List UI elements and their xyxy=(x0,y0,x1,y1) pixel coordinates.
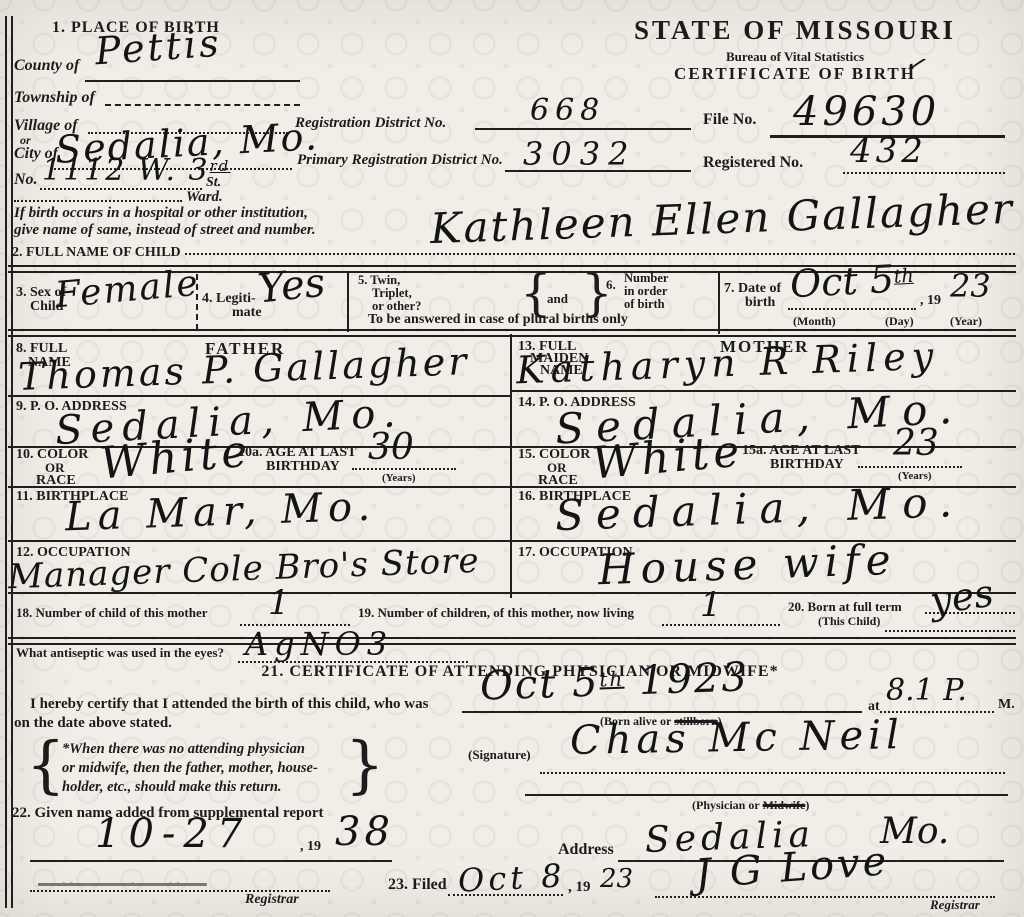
year-caption: (Year) xyxy=(950,314,982,329)
certify-date-ordinal-suffix: th xyxy=(599,667,625,692)
antiseptic-label: What antiseptic was used in the eyes? xyxy=(16,646,224,660)
hospital-note-line2: give name of same, instead of street and… xyxy=(14,223,316,239)
child-name-value: Kathleen Ellen Gallagher xyxy=(429,188,1014,250)
physician-midwife-blank-line xyxy=(525,794,1008,796)
supplemental-date-value: 10-27 xyxy=(95,814,250,854)
mother-birthplace-value: Sedalia, Mo. xyxy=(554,481,964,537)
q18-label: 18. Number of child of this mother xyxy=(16,606,208,620)
filed-19-prefix: , 19 xyxy=(568,880,591,896)
street-no-label: No. xyxy=(14,172,38,189)
file-no-value: 49630 xyxy=(793,92,940,132)
mother-color-value: White xyxy=(590,429,745,486)
q19-blank-line xyxy=(662,624,780,626)
primary-district-label: Primary Registration District No. xyxy=(297,153,503,169)
hospital-note-line1: If birth occurs in a hospital or other i… xyxy=(14,206,308,222)
primary-district-blank-line xyxy=(505,170,691,172)
certify-birth-date-value: Oct 5th 1923 xyxy=(479,657,749,706)
father-age-blank-line xyxy=(352,468,456,470)
filed-blank-line xyxy=(448,894,563,896)
street-ordinal-suffix: rd xyxy=(210,157,231,175)
primary-district-value: 3032 xyxy=(523,138,636,170)
m-label: M. xyxy=(998,698,1015,713)
certificate-title: CERTIFICATE OF BIRTH xyxy=(590,65,1000,83)
dob-ordinal-suffix: th xyxy=(893,265,914,288)
legitimate-label-line2: mate xyxy=(232,306,262,321)
father-mother-divider xyxy=(510,334,512,598)
left-border-line-inner xyxy=(11,16,13,908)
ward-label: Ward. xyxy=(186,190,223,206)
child-name-label: 2. FULL NAME OF CHILD xyxy=(12,246,181,261)
file-no-label: File No. xyxy=(703,112,756,129)
q18-value: 1 xyxy=(268,586,290,620)
supplemental-year-value: 38 xyxy=(335,812,394,852)
dob-label-line2: birth xyxy=(745,296,775,311)
state-title: STATE OF MISSOURI xyxy=(590,16,1000,44)
registered-no-label: Registered No. xyxy=(703,155,803,172)
township-blank-line xyxy=(105,104,300,106)
day-caption: (Day) xyxy=(885,314,914,329)
street-blank-line xyxy=(40,188,202,190)
birth-certificate-scan: 1. PLACE OF BIRTH County of Pettis Towns… xyxy=(0,0,1024,917)
q19-label: 19. Number of children, of this mother, … xyxy=(358,606,634,620)
mother-occupation-value: House wife xyxy=(597,539,897,591)
mother-age-blank-line xyxy=(858,466,962,468)
plural-births-note: To be answered in case of plural births … xyxy=(368,313,628,328)
father-age-value: 30 xyxy=(368,430,414,466)
mother-age-label-line2: BIRTHDAY xyxy=(770,458,844,473)
sex-legitimate-divider xyxy=(196,274,198,330)
dob-19-prefix: , 19 xyxy=(920,294,941,309)
and-label: and xyxy=(547,292,568,306)
section-rule-3 xyxy=(8,637,1016,645)
month-caption: (Month) xyxy=(793,314,836,329)
father-occupation-blank-line xyxy=(8,592,510,594)
footnote-line3: holder, etc., should make this return. xyxy=(62,780,282,795)
ward-blank-line xyxy=(14,200,182,202)
county-value: Pettis xyxy=(94,24,223,71)
q20-value: yes xyxy=(928,574,996,620)
registration-district-blank-line xyxy=(475,128,691,130)
street-no-value: 1112 W. 3rd xyxy=(42,156,230,186)
mother-age-value: 23 xyxy=(893,426,939,462)
midwife-struck-word: Midwife xyxy=(763,798,806,812)
left-border-line-outer xyxy=(5,16,7,908)
dob-year-value: 23 xyxy=(950,270,991,302)
signature-blank-line xyxy=(540,772,1005,774)
registrar-right-caption: Registrar xyxy=(930,898,980,912)
filed-label: 23. Filed xyxy=(388,877,447,894)
county-blank-line xyxy=(85,80,300,82)
order-number-label: 6. xyxy=(606,278,616,292)
address-label: Address xyxy=(558,842,614,859)
footnote-line2: or midwife, then the father, mother, hou… xyxy=(62,761,318,776)
q20-label: 20. Born at full term xyxy=(788,600,902,614)
q19-value: 1 xyxy=(700,588,722,622)
dob-blank-line xyxy=(788,308,916,310)
dob-value: Oct 5th xyxy=(789,259,915,303)
certify-date-blank-line xyxy=(462,711,862,713)
father-age-label-line2: BIRTHDAY xyxy=(266,460,340,475)
registered-no-blank-line xyxy=(843,172,1005,174)
registrar-signature-value: J G Love xyxy=(694,841,891,894)
father-name-value: Thomas P. Gallagher xyxy=(17,342,469,396)
order-label-line3: of birth xyxy=(624,298,665,311)
plural-dob-divider xyxy=(718,272,720,334)
sex-value: Female xyxy=(54,266,201,314)
footnote-brace-right: } xyxy=(345,734,384,796)
county-label: County of xyxy=(14,58,79,75)
father-color-value: White xyxy=(98,429,253,486)
bureau-subtitle: Bureau of Vital Statistics xyxy=(590,50,1000,64)
address-state-value: Mo. xyxy=(880,814,949,850)
supplemental-19-prefix: , 19 xyxy=(300,840,321,855)
footnote-line1: *When there was no attending physician xyxy=(62,742,305,757)
father-years-caption: (Years) xyxy=(382,472,416,484)
antiseptic-value: AgNO3 xyxy=(245,628,393,660)
legitimate-value: Yes xyxy=(256,263,327,310)
child-name-blank-line xyxy=(185,253,1015,255)
filed-date-value: Oct 8 xyxy=(457,859,566,897)
plural-brace-right: } xyxy=(581,268,613,318)
legitimate-twin-divider xyxy=(347,272,349,332)
footnote-brace-left: { xyxy=(26,734,65,796)
registrar-left-caption: Registrar xyxy=(245,893,299,908)
signature-label: (Signature) xyxy=(468,748,531,762)
father-birthplace-value: La Mar, Mo. xyxy=(64,487,376,538)
q20-this-child-caption: (This Child) xyxy=(818,614,880,629)
physician-or-midwife-caption: (Physician or Midwife) xyxy=(692,798,809,813)
registration-district-value: 668 xyxy=(530,96,605,126)
filed-year-value: 23 xyxy=(600,866,633,892)
q20-blank-line-2 xyxy=(885,630,1015,632)
registered-no-value: 432 xyxy=(850,134,927,168)
certify-text-line1: I hereby certify that I attended the bir… xyxy=(30,697,428,713)
mother-name-value: Katharyn R Riley xyxy=(515,337,939,390)
township-label: Township of xyxy=(14,90,95,107)
time-value: 8.1 P. xyxy=(886,676,967,706)
physician-signature-value: Chas Mc Neil xyxy=(570,715,904,761)
supplemental-blank-line xyxy=(30,860,392,862)
